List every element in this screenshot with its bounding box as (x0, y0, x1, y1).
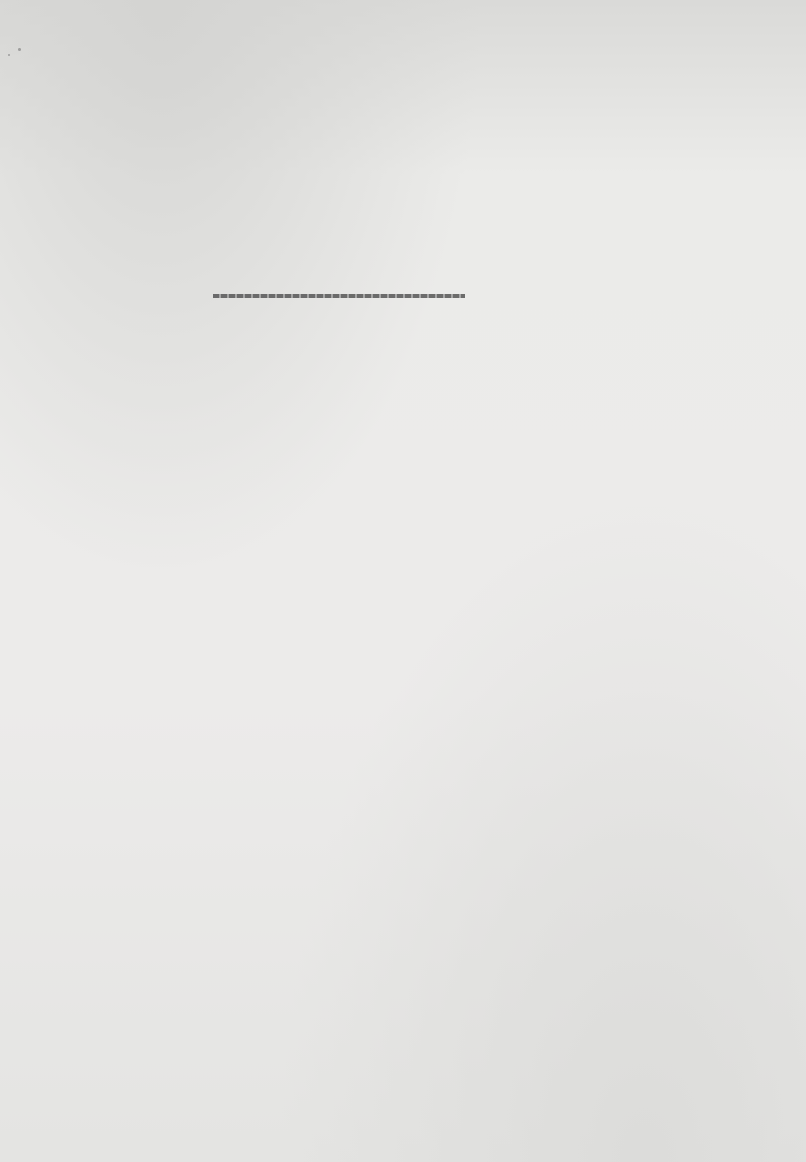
typewritten-page (0, 0, 806, 1162)
paper-speck (8, 54, 10, 56)
paper-speck (18, 48, 21, 51)
heading-double-underline (213, 294, 465, 298)
